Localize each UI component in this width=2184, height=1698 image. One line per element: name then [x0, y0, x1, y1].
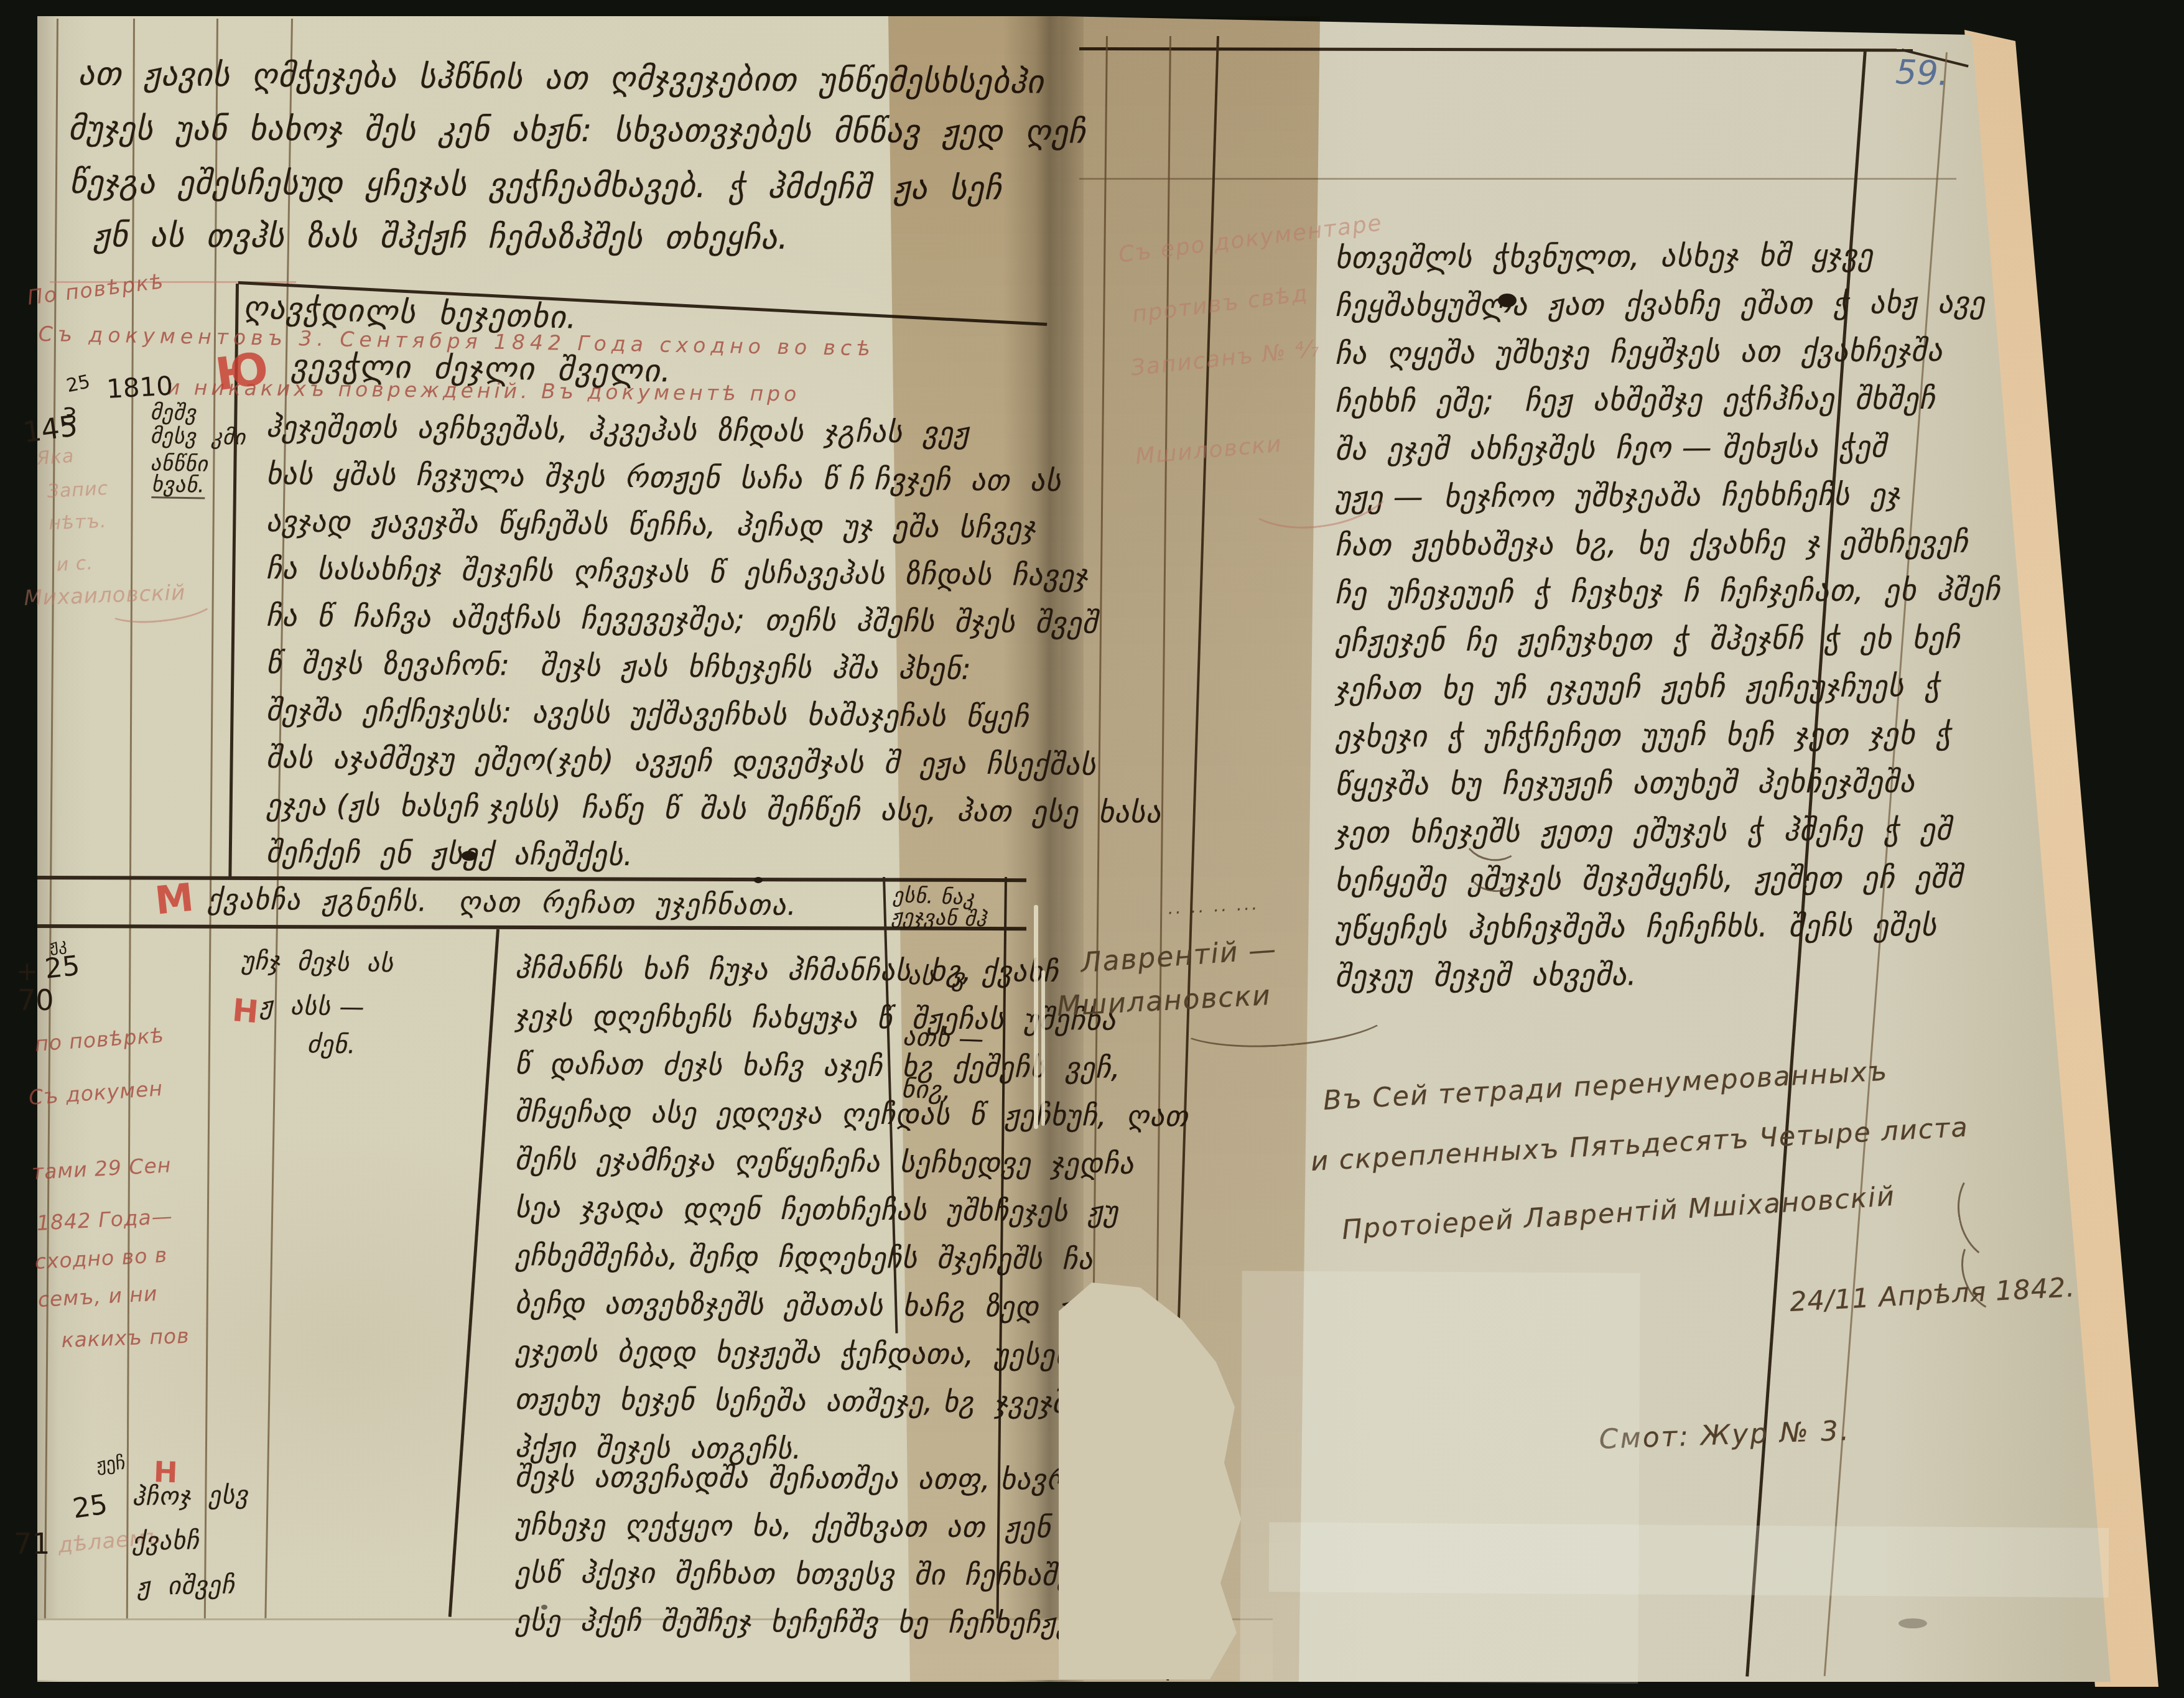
gauze-strip — [1269, 1522, 2109, 1597]
gauze-strip — [1240, 1271, 1640, 1683]
ink-blot — [541, 1605, 547, 1610]
center-signature: Лаврентій — — [1080, 935, 1278, 978]
ink-blot — [754, 877, 763, 883]
tape-red-note: Съ еро документаре — [1117, 211, 1384, 267]
ink-blot — [1498, 294, 1517, 307]
page-number: 59. — [1895, 55, 1949, 92]
tape-red-note: противъ свѣд — [1131, 282, 1309, 327]
tape-red-note: Записанъ № ⁴⁄₇ — [1130, 337, 1321, 381]
ink-dots: ·· ·· ·· ··· — [1167, 901, 1259, 922]
binding-stitch — [1034, 905, 1038, 1129]
binding-stitch — [1041, 970, 1045, 1126]
manuscript-spread: ათ ჟავის ღმჭეჯება სჰწნის ათ ღმჯვეჯებით უ… — [0, 0, 2184, 1698]
ink-blot — [462, 851, 476, 861]
ink-smudge — [1898, 1618, 1927, 1628]
